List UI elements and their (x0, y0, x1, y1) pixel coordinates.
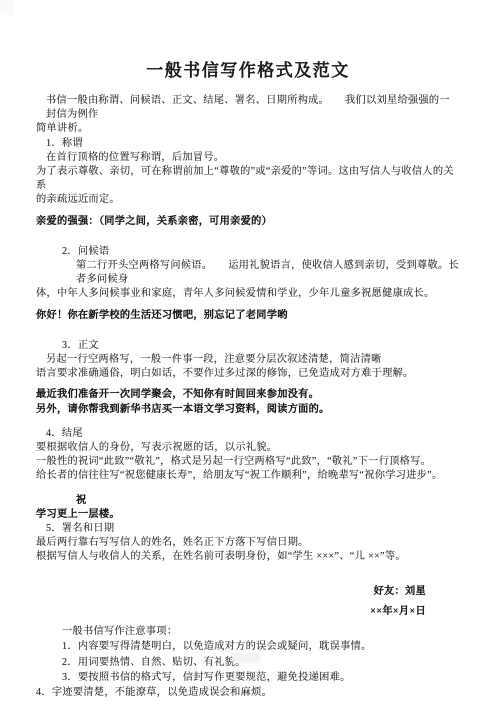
text-line: 最近我们准备开一次同学聚会，不知你有时间回来参加没有。 (36, 388, 460, 402)
text-line: 书信一般由称谓、问候语、正文、结尾、署名、日期所构成。 我们以刘星给强强的一封信… (36, 94, 460, 122)
scan-artifact-corner (0, 0, 15, 15)
text-line: 3．正文 (36, 339, 460, 353)
text-line: 给长者的信往往写“祝您健康长寿”，给朋友写“祝工作顺利”，给晚辈写“祝你学习进步… (36, 469, 460, 483)
text-line: 学习更上一层楼。 (36, 508, 460, 522)
text-line: 另外，请你帮我到新华书店买一本语文学习资料，阅读方面的。 (36, 403, 460, 417)
text-line: 亲爱的强强：（同学之间，关系亲密，可用亲爱的） (36, 215, 460, 229)
text-line: 你好！你在新学校的生活还习惯吧，别忘记了老同学哟 (36, 309, 460, 323)
text-line: 3．要按照书信的格式写，信封写作更要规范，避免投递困难。 (36, 671, 460, 685)
document-page: 一般书信写作格式及范文 书信一般由称谓、问候语、正文、结尾、署名、日期所构成。 … (0, 0, 500, 708)
text-line: 体，中年人多问候事业和家庭，青年人多问候爱情和学业，少年儿童多祝愿健康成长。 (36, 287, 460, 301)
text-line: 为了表示尊敬、亲切，可在称谓前加上“尊敬的”或“亲爱的”等词。这由写信人与收信人… (36, 165, 460, 193)
page-title: 一般书信写作格式及范文 (36, 56, 460, 81)
text-line: 5．署名和日期 (36, 522, 460, 536)
text-line: 一般书信写作注意事项： (36, 625, 460, 639)
text-line: 要根据收信人的身份，写表示祝愿的话，以示礼貌。 (36, 441, 460, 455)
text-line: 语言要求准确通俗，明白如话，不要作过多过深的修饰，已免造成对方难于理解。 (36, 367, 460, 381)
text-line: ××年×月×日 (36, 605, 460, 619)
text-line: 在首行顶格的位置写称谓，后加冒号。 (36, 151, 460, 165)
text-line: 4．字迹要清楚，不能潦草，以免造成误会和麻烦。 (36, 686, 460, 700)
text-line: 第二行开头空两格写问候语。 运用礼貌语言，使收信人感到亲切，受到尊敬。长者多问候… (36, 259, 460, 287)
text-line: 最后两行靠右写写信人的姓名，姓名正下方落下写信日期。 (36, 536, 460, 550)
text-line: 简单讲析。 (36, 122, 460, 136)
text-line: 2．问候语 (36, 245, 460, 259)
text-line: 好友：刘星 (36, 585, 460, 599)
text-line: 1．称谓 (36, 137, 460, 151)
document-body: 书信一般由称谓、问候语、正文、结尾、署名、日期所构成。 我们以刘星给强强的一封信… (36, 94, 460, 700)
text-line: 4．结尾 (36, 427, 460, 441)
text-line: 的亲疏远近而定。 (36, 193, 460, 207)
watermark-smudge (232, 653, 260, 663)
text-line: 根据写信人与收信人的关系，在姓名前可表明身份，如“学生 ×××”、“儿 ××”等… (36, 550, 460, 564)
text-line: 另起一行空两格写，一般一件事一段，注意要分层次叙述清楚，简洁清晰 (36, 353, 460, 367)
text-line: 一般性的祝词“此致”“敬礼”，格式是另起一行空两格写“此致”，“敬礼”下一行顶格… (36, 455, 460, 469)
text-line: 祝 (36, 494, 460, 508)
